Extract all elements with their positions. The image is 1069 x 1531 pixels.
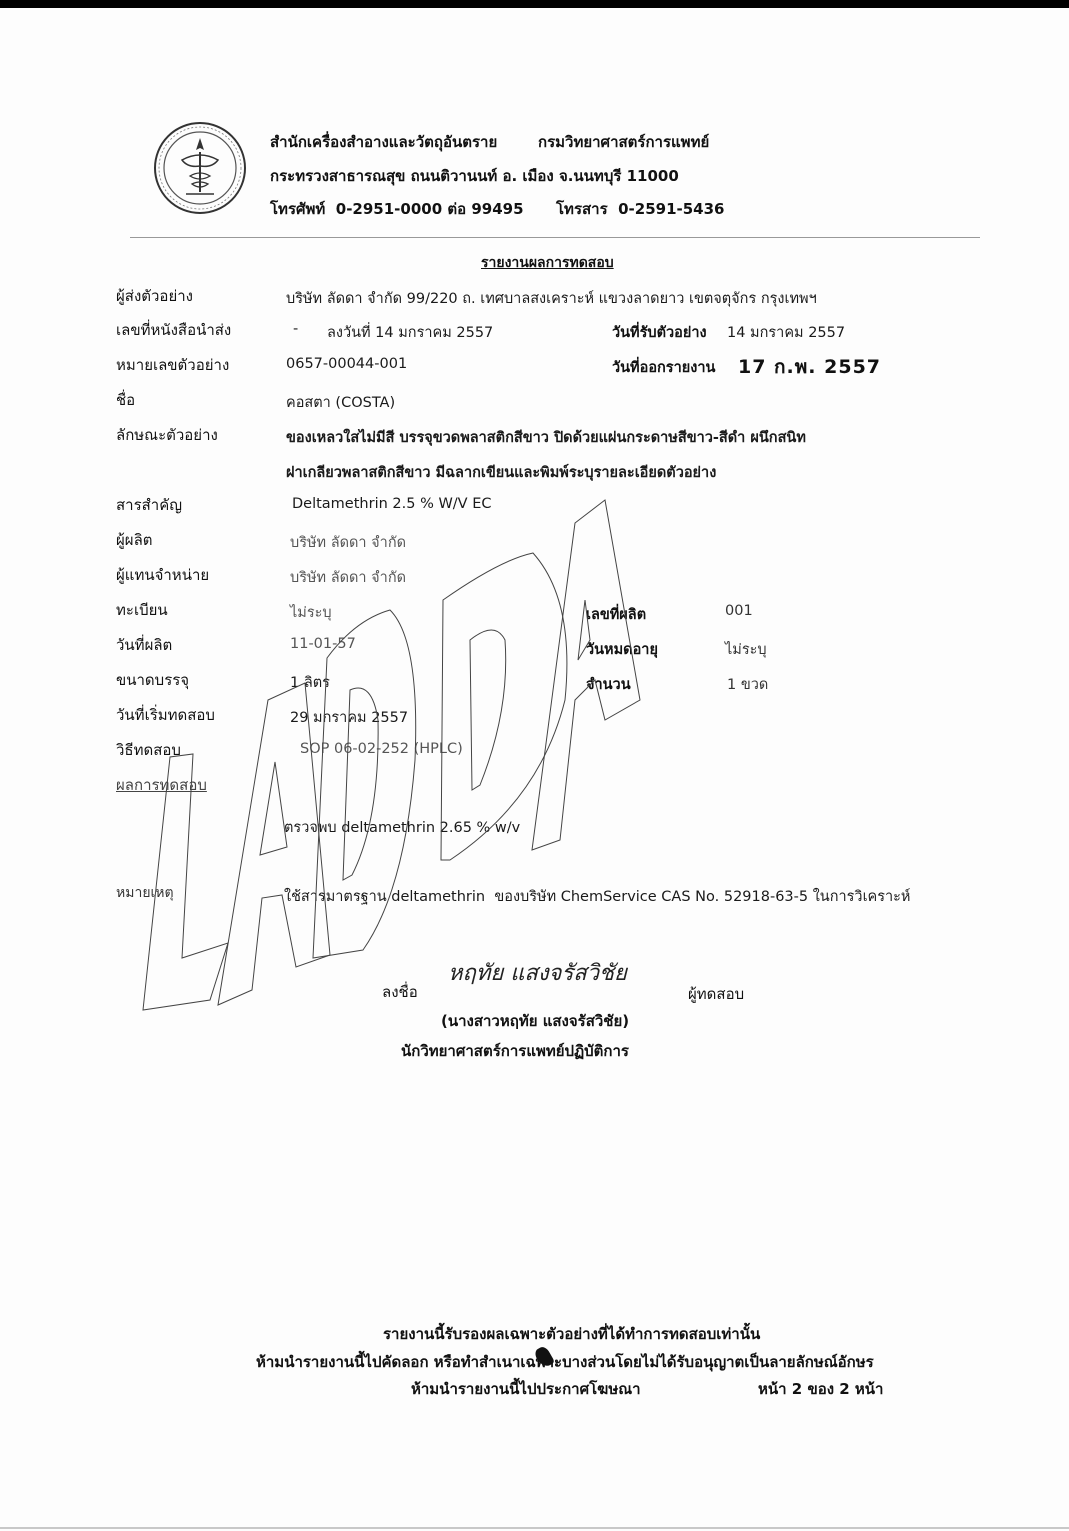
sender-value: บริษัท ลัดดา จำกัด 99/220 ถ. เทศบาลสงเคร… bbox=[286, 287, 817, 310]
phone-number: 0-2951-0000 ต่อ 99495 bbox=[336, 200, 524, 218]
registration-label: ทะเบียน bbox=[116, 598, 168, 622]
received-date: 14 มกราคม 2557 bbox=[727, 321, 845, 344]
top-scan-border bbox=[0, 0, 1069, 8]
result-label: ผลการทดสอบ bbox=[116, 773, 207, 797]
ministry-seal-icon bbox=[152, 120, 248, 216]
footer-line2: ห้ามนำรายงานนี้ไปคัดลอก หรือทำสำเนาเฉพาะ… bbox=[256, 1350, 874, 1374]
result-value: ตรวจพบ deltamethrin 2.65 % w/v bbox=[284, 816, 520, 839]
description-line1: ของเหลวใสไม่มีสี บรรจุขวดพลาสติกสีขาว ปิ… bbox=[286, 426, 806, 449]
header-divider bbox=[130, 237, 980, 238]
size-value: 1 ลิตร bbox=[290, 671, 330, 694]
name-label: ชื่อ bbox=[116, 388, 135, 412]
footer-line1: รายงานนี้รับรองผลเฉพาะตัวอย่างที่ได้ทำกา… bbox=[383, 1322, 760, 1346]
description-label: ลักษณะตัวอย่าง bbox=[116, 423, 218, 447]
exp-value: ไม่ระบุ bbox=[725, 638, 767, 661]
letter-no-label: เลขที่หนังสือนำส่ง bbox=[116, 318, 231, 342]
remark-prefix: ใช้สารมาตรฐาน deltamethrin bbox=[284, 889, 485, 905]
footer-line3: ห้ามนำรายงานนี้ไปประกาศโฆษณา bbox=[411, 1377, 641, 1401]
header-office: สำนักเครื่องสำอางและวัตถุอันตราย bbox=[270, 130, 497, 154]
bottom-scan-border bbox=[0, 1527, 1069, 1529]
method-label: วิธีทดสอบ bbox=[116, 738, 181, 762]
report-title: รายงานผลการทดสอบ bbox=[481, 252, 614, 274]
size-label: ขนาดบรรจุ bbox=[116, 668, 189, 692]
sender-label: ผู้ส่งตัวอย่าง bbox=[116, 284, 193, 308]
fax-number: 0-2591-5436 bbox=[618, 200, 724, 218]
handwritten-signature: หฤทัย แสงจรัสวิชัย bbox=[448, 955, 627, 990]
ladda-watermark bbox=[0, 0, 1069, 1531]
header-phone: โทรศัพท์ 0-2951-0000 ต่อ 99495 bbox=[270, 197, 524, 221]
manufacturer-label: ผู้ผลิต bbox=[116, 528, 153, 552]
tester-role: ผู้ทดสอบ bbox=[688, 982, 744, 1006]
remark-label: หมายเหตุ bbox=[116, 882, 174, 904]
sample-no-label: หมายเลขตัวอย่าง bbox=[116, 353, 229, 377]
qty-value: 1 ขวด bbox=[727, 673, 768, 696]
exp-label: วันหมดอายุ bbox=[586, 638, 658, 661]
issued-label: วันที่ออกรายงาน bbox=[612, 356, 715, 379]
mfg-date-value: 11-01-57 bbox=[290, 636, 356, 652]
distributor-label: ผู้แทนจำหน่าย bbox=[116, 563, 209, 587]
received-label: วันที่รับตัวอย่าง bbox=[612, 321, 707, 344]
lot-value: 001 bbox=[725, 603, 753, 619]
header-department: กรมวิทยาศาสตร์การแพทย์ bbox=[538, 130, 709, 154]
fax-label: โทรสาร bbox=[556, 200, 608, 218]
distributor-value: บริษัท ลัดดา จำกัด bbox=[290, 566, 406, 589]
active-label: สารสำคัญ bbox=[116, 493, 182, 517]
mfg-date-label: วันที่ผลิต bbox=[116, 633, 172, 657]
remark-value: ใช้สารมาตรฐาน deltamethrin ของบริษัท Che… bbox=[284, 885, 911, 908]
page-number: หน้า 2 ของ 2 หน้า bbox=[758, 1377, 883, 1401]
remark-suffix: ของบริษัท ChemService CAS No. 52918-63-5… bbox=[494, 889, 910, 905]
phone-label: โทรศัพท์ bbox=[270, 200, 325, 218]
qty-label: จำนวน bbox=[586, 673, 631, 696]
sample-no-value: 0657-00044-001 bbox=[286, 356, 407, 372]
description-line2: ฝาเกลียวพลาสติกสีขาว มีฉลากเขียนและพิมพ์… bbox=[286, 461, 716, 484]
start-date-label: วันที่เริ่มทดสอบ bbox=[116, 703, 215, 727]
sign-label: ลงชื่อ bbox=[382, 980, 418, 1004]
lot-label: เลขที่ผลิต bbox=[586, 603, 646, 626]
header-fax: โทรสาร 0-2591-5436 bbox=[556, 197, 724, 221]
name-value: คอสตา (COSTA) bbox=[286, 391, 395, 414]
header-address: กระทรวงสาธารณสุข ถนนติวานนท์ อ. เมือง จ.… bbox=[270, 164, 679, 188]
registration-value: ไม่ระบุ bbox=[290, 601, 332, 624]
issued-date: 17 ก.พ. 2557 bbox=[738, 352, 881, 382]
start-date-value: 29 มกราคม 2557 bbox=[290, 706, 408, 729]
letter-date: ลงวันที่ 14 มกราคม 2557 bbox=[327, 321, 493, 344]
printed-name: (นางสาวหฤทัย แสงจรัสวิชัย) bbox=[441, 1009, 629, 1033]
letter-no-value: - bbox=[293, 321, 298, 337]
signer-position: นักวิทยาศาสตร์การแพทย์ปฏิบัติการ bbox=[401, 1039, 629, 1063]
manufacturer-value: บริษัท ลัดดา จำกัด bbox=[290, 531, 406, 554]
method-value: SOP 06-02-252 (HPLC) bbox=[300, 741, 463, 757]
active-value: Deltamethrin 2.5 % W/V EC bbox=[292, 496, 492, 512]
